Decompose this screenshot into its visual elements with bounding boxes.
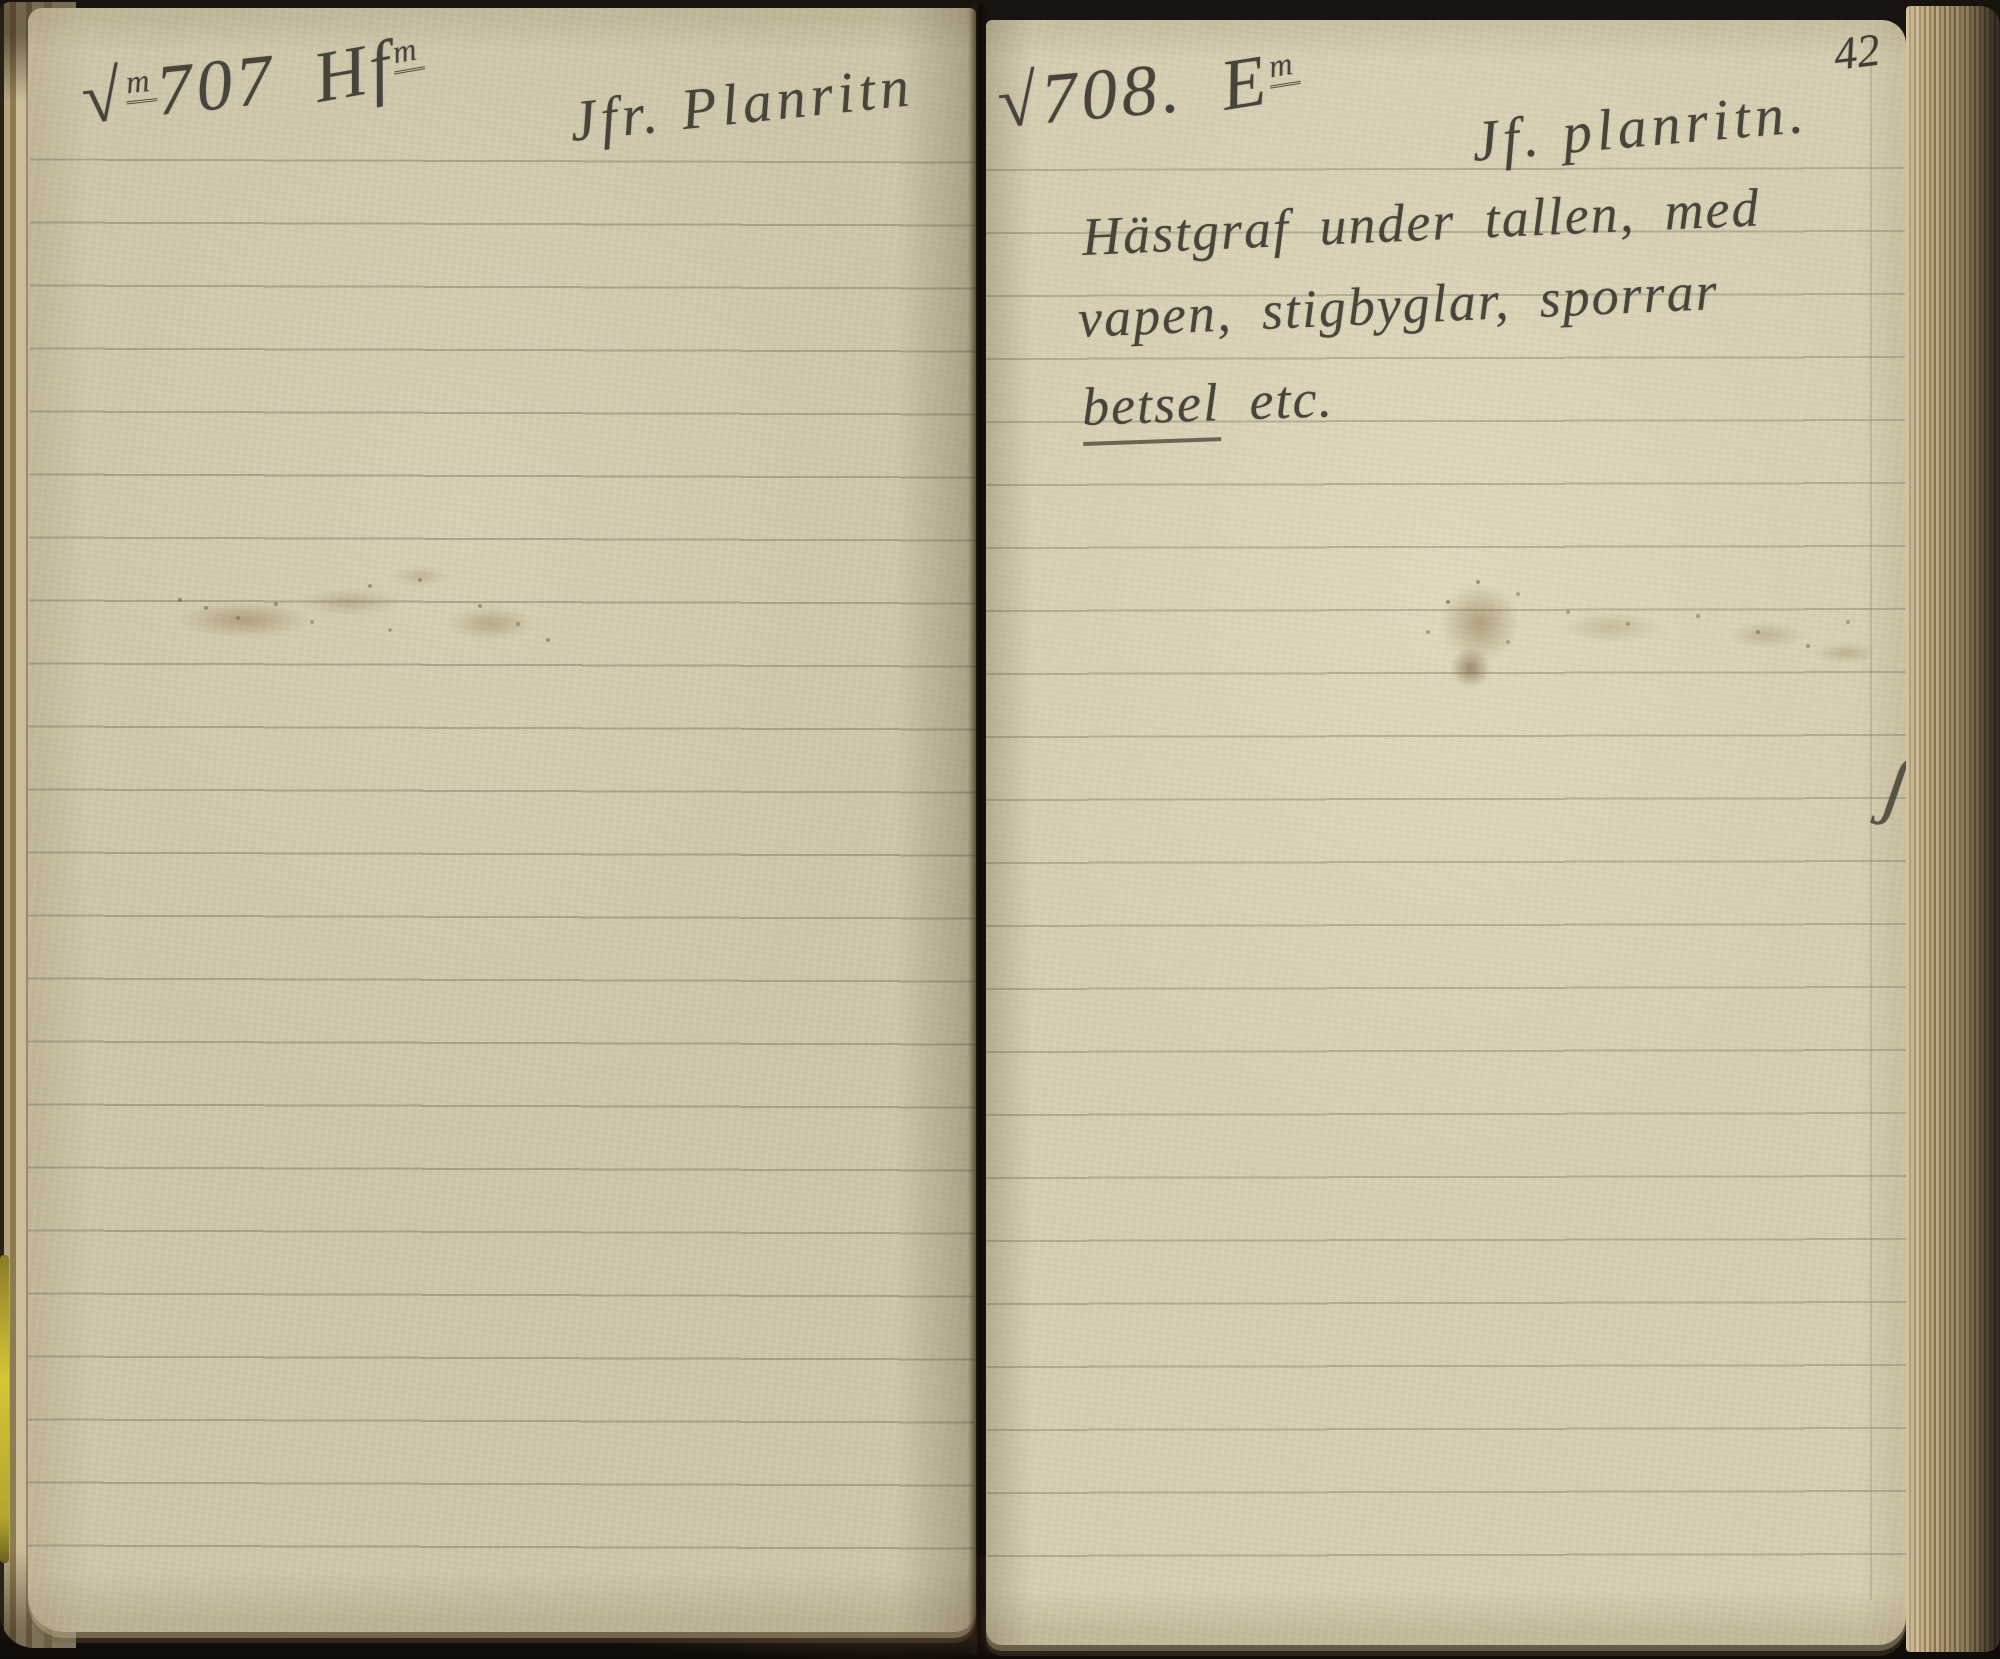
page-number: 42 bbox=[1831, 23, 1883, 81]
page-block-fore-edge bbox=[1906, 6, 2000, 1652]
spine-yellow-edge bbox=[0, 1255, 9, 1563]
note-line-3-rest: etc. bbox=[1248, 368, 1334, 431]
right-entry-abbr: Em bbox=[1215, 33, 1306, 127]
left-page: √m707Hfm Jfr. Planritn bbox=[28, 8, 976, 1632]
right-page-stain-speckles bbox=[1446, 600, 1450, 604]
right-entry-abbr-sup: m bbox=[1264, 45, 1301, 88]
right-page-gutter-shadow bbox=[986, 20, 1032, 1645]
left-entry-checkmark-sup: m bbox=[122, 62, 157, 104]
left-entry-abbr-sup: m bbox=[388, 31, 426, 75]
left-entry-abbr: Hfm bbox=[307, 19, 431, 120]
right-page: 42 √708.Em Jf. planritn. Hästgraf under … bbox=[986, 20, 1906, 1645]
right-page-crease bbox=[1870, 40, 1872, 1600]
right-page-stain bbox=[1400, 560, 1870, 710]
right-entry-number: 708. bbox=[1038, 47, 1186, 139]
left-page-stain bbox=[130, 555, 570, 673]
note-underlined-word: betsel bbox=[1081, 372, 1221, 446]
left-entry-number: 707 bbox=[152, 39, 280, 131]
left-page-gutter-shadow bbox=[896, 8, 976, 1632]
note-line-3: betsel etc. bbox=[1081, 367, 1335, 438]
left-page-stain-speckles bbox=[178, 598, 182, 602]
page-gutter bbox=[968, 4, 988, 1654]
left-page-paper-texture bbox=[28, 8, 976, 1632]
left-entry-checkmark: √m bbox=[78, 51, 161, 138]
notebook-photo: √m707Hfm Jfr. Planritn 42 √708.Em Jf. pl… bbox=[0, 0, 2000, 1659]
right-entry-checkmark: √ bbox=[994, 59, 1044, 142]
